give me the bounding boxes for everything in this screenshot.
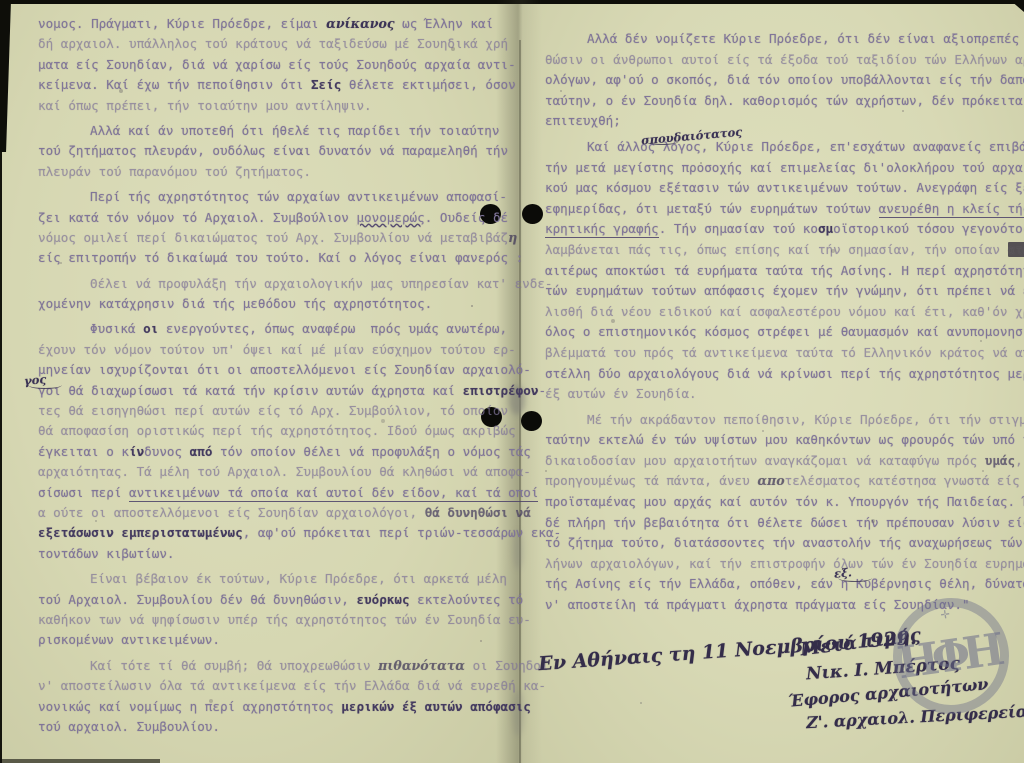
typed-line: Θέλει νά προφυλάξη τήν αρχαιολογικήν μας…: [38, 276, 512, 296]
typed-line: προϊσταμένας μου αρχάς καί αυτόν τόν κ. …: [545, 494, 1017, 515]
typed-line: προηγουμένως τά πάντα, άνευ αποτελέσματο…: [545, 473, 1017, 494]
typed-line: νονικώς καί νομίμως η περί αχρηστότητος …: [38, 699, 512, 719]
typed-line: σίσωσι περί αντικειμένων τά οποία καί αυ…: [38, 485, 512, 505]
scanned-letter: νομος. Πράγματι, Κύριε Πρόεδρε, είμαι αν…: [0, 0, 1024, 763]
typed-line: κρητικής γραφής. Τήν σημασίαν τού κοσμοϊ…: [545, 221, 1017, 242]
typed-line: τού ζητήματος πλευράν, ουδόλως είναι δυν…: [38, 143, 512, 163]
typed-line: κείμενα. Καί έχω τήν πεποίθησιν ότι Σείς…: [38, 77, 512, 97]
typed-line: έξ αυτών έν Σουηδία.: [545, 386, 1017, 407]
typed-line: νόμος ομιλεί περί δικαιώματος τού Αρχ. Σ…: [38, 230, 512, 250]
typed-line: ματα είς Σουηδίαν, διά νά χαρίσω είς τού…: [38, 57, 512, 77]
typed-line: λήνων αρχαιολόγων, καί τήν επιστροφήν όλ…: [545, 556, 1017, 577]
typed-line: εφημερίδας, ότι μεταξύ τών ευρημάτων τού…: [545, 201, 1017, 222]
typed-line: Μέ τήν ακράδαντον πεποίθησιν, Κύριε Πρόε…: [545, 412, 1017, 433]
typed-line: λισθή διά νέου ειδικού καί ασφαλεστέρου …: [545, 304, 1017, 325]
typed-line: τής Ασίνης είς τήν Ελλάδα, οπόθεν, εάν η…: [545, 576, 1017, 597]
typed-line: θά αποφασίση οριστικώς περί τής αχρηστότ…: [38, 423, 512, 443]
punch-hole: [521, 411, 542, 431]
typed-line: Περί τής αχρηστότητος τών αρχαίων αντικε…: [38, 189, 512, 209]
typed-line: γοςγοι θά διαχωρίσωσι τά κατά τήν κρίσιν…: [38, 383, 512, 403]
typed-line: χομένην κατάχρησιν διά τής μεθόδου τής α…: [38, 296, 512, 316]
dust-specks: [0, 0, 2, 2]
typed-line: βλέμματά του πρός τά αντικείμενα ταύτα τ…: [545, 345, 1017, 366]
punch-hole: [522, 204, 543, 224]
typed-line: Αλλά δέν νομίζετε Κύριε Πρόεδρε, ότι δέν…: [545, 31, 1017, 52]
typed-line: τού Αρχαιολ. Συμβουλίου δέν θά δυνηθώσιν…: [38, 592, 512, 612]
typed-line: τών ευρημάτων τούτων απόφασις έχομεν τήν…: [545, 283, 1017, 304]
typed-line: έχουν τόν νόμον τούτον υπ' όψει καί μέ μ…: [38, 342, 512, 362]
seal-monogram: ΗΦΗ: [894, 623, 1008, 688]
typed-line: ρισκομένων αντικειμένων.: [38, 632, 512, 652]
typed-line: τήν μετά μεγίστης προσοχής καί επιμελεία…: [545, 160, 1017, 181]
typed-line: πλευράν τού παρανόμου τού ζητήματος.: [38, 164, 512, 184]
typed-line: νομος. Πράγματι, Κύριε Πρόεδρε, είμαι αν…: [38, 16, 512, 36]
typed-line: ν' αποστείλωσιν όλα τά αντικείμενα είς τ…: [38, 678, 512, 698]
typed-line: αρχαιότητας. Τά μέλη τού Αρχαιολ. Συμβου…: [38, 464, 512, 484]
typed-line: τες θά εισηγηθώσι περί αυτών είς τό Αρχ.…: [38, 403, 512, 423]
typed-text-right-page: Αλλά δέν νομίζετε Κύριε Πρόεδρε, ότι δέν…: [545, 26, 1017, 618]
typed-line: δή αρχαιολ. υπάλληλος τού κράτους νά ταξ…: [38, 36, 512, 56]
typed-line: είς επιτροπήν τό δικαίωμά του τούτο. Καί…: [38, 250, 512, 270]
typed-line: ολόγων, αφ'ού ο σκοπός, διά τόν οποίον υ…: [545, 72, 1017, 93]
typed-line: έγκειται ο κίνδυνος από τόν οποίον θέλει…: [38, 444, 512, 464]
typed-line: Καί τότε τί θά συμβή; Θά υποχρεωθώσιν πι…: [38, 658, 512, 678]
typed-line: Φυσικά οι ενεργούντες, όπως αναφέρω πρός…: [38, 321, 512, 341]
typed-line: ταύτην, ο έν Σουηδία δηλ. καθορισμός τών…: [545, 93, 1017, 114]
scan-edge-bottom-left: [0, 759, 160, 763]
typed-text-left-page: νομος. Πράγματι, Κύριε Πρόεδρε, είμαι αν…: [38, 16, 512, 739]
typed-line: τό ζήτημα τούτο, διατάσσοντες τήν αναστο…: [545, 535, 1017, 556]
typed-line: καθήκον των νά ψηφίσωσιν υπέρ τής αχρηστ…: [38, 612, 512, 632]
typed-line: θώσιν οι άνθρωποι αυτοί είς τά έξοδα τού…: [545, 52, 1017, 73]
typed-line: καί όπως πρέπει, τήν τοιαύτην μου αντίλη…: [38, 98, 512, 118]
typed-line: κού μας κόσμου εξέτασιν τών αντικειμένων…: [545, 180, 1017, 201]
typed-line: ζει κατά τόν νόμον τό Αρχαιολ. Συμβούλιο…: [38, 210, 512, 230]
typed-line: δικαιοδοσίαν μου αρχαιοτήτων αναγκάζομαι…: [545, 453, 1017, 474]
typed-line: μηνείαν ισχυρίζονται ότι οι αποστελλόμεν…: [38, 362, 512, 382]
typed-line: α ούτε οι αποστελλόμενοι είς Σουηδίαν αρ…: [38, 505, 512, 525]
typed-line: αιτέρως αποκτώσι τά ευρήματα ταύτα τής Α…: [545, 263, 1017, 284]
typed-line: Αλλά καί άν υποτεθή ότι ήθελέ τις παρίδε…: [38, 123, 512, 143]
typed-line: τοντάδων κιβωτίων.: [38, 546, 512, 566]
typed-line: ταύτην εκτελώ έν τών υψίστων μου καθηκόν…: [545, 432, 1017, 453]
typed-line: όλος ο επιστημονικός κόσμος στρέφει μέ θ…: [545, 324, 1017, 345]
seal-cross-icon: ✛: [939, 604, 950, 623]
typed-line: επιτευχθή;: [545, 113, 1017, 134]
typed-line: εξετάσωσιν εμπεριστατωμένως, αφ'ού πρόκε…: [38, 525, 512, 545]
typed-line: Καί άλλοςσπουδαιότατος λόγος, Κύριε Πρόε…: [545, 139, 1017, 160]
typed-line: τού αρχαιολ. Συμβουλίου.: [38, 719, 512, 739]
typed-line: δέ πλήρη τήν βεβαιότητα ότι θέλετε δώσει…: [545, 515, 1017, 536]
typed-line: Είναι βέβαιον έκ τούτων, Κύριε Πρόεδρε, …: [38, 571, 512, 591]
typed-line: λαμβάνεται πάς τις, όπως επίσης καί τήν …: [545, 242, 1017, 263]
typed-line: στέλλη δύο αρχαιολόγους διά νά κρίνωσι π…: [545, 366, 1017, 387]
